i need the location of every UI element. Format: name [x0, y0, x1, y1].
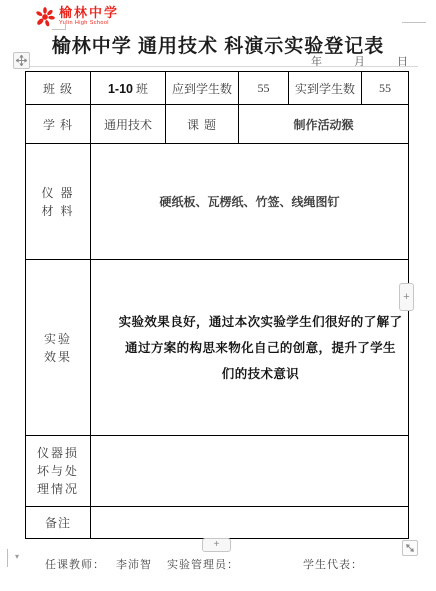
school-flower-icon — [34, 6, 56, 28]
table-row: 实验 效果 实验效果良好，通过本次实验学生们很好的了解了 通过方案的构思来物化自… — [26, 260, 409, 436]
insert-row-plus-handle[interactable]: + — [202, 538, 231, 552]
damage-value-cell[interactable] — [91, 436, 409, 507]
crop-mark-topleft-v — [65, 21, 66, 30]
class-label-cell: 班 级 — [26, 72, 91, 105]
school-logo: 榆林中学 Yulin High School — [34, 6, 119, 28]
actual-count-label-cell: 实到学生数 — [289, 72, 362, 105]
expected-count-value-cell[interactable]: 55 — [239, 72, 289, 105]
table-row: 备注 — [26, 507, 409, 539]
school-name-cn: 榆林中学 — [59, 6, 119, 19]
effect-label-line: 效果 — [26, 348, 90, 366]
remarks-label-cell: 备注 — [26, 507, 91, 539]
document-page: 榆林中学 Yulin High School 榆林中学 通用技术 科演示实验登记… — [0, 0, 436, 591]
date-underline — [28, 66, 418, 67]
materials-label-cell: 仪 器 材 料 — [26, 144, 91, 260]
topic-label-cell: 课 题 — [166, 105, 239, 144]
materials-label-line: 仪 器 — [26, 184, 90, 202]
effect-text-line: 实验效果良好，通过本次实验学生们很好的了解了 — [113, 309, 408, 335]
signature-line: 任课教师： 李沛智 实验管理员： 学生代表： — [0, 556, 436, 572]
registration-table: 班 级 1-10 班 应到学生数 55 实到学生数 55 学 科 通用技术 课 … — [25, 71, 409, 539]
subject-value-cell[interactable]: 通用技术 — [91, 105, 166, 144]
table-row: 仪 器 材 料 硬纸板、瓦楞纸、竹签、线绳图钉 — [26, 144, 409, 260]
effect-text-line: 们的技术意识 — [113, 361, 408, 387]
subject-label-cell: 学 科 — [26, 105, 91, 144]
damage-label-line: 仪器损 — [26, 444, 90, 462]
table-row: 班 级 1-10 班 应到学生数 55 实到学生数 55 — [26, 72, 409, 105]
expected-count-label-cell: 应到学生数 — [166, 72, 239, 105]
materials-label-line: 材 料 — [26, 202, 90, 220]
effect-value-cell[interactable]: 实验效果良好，通过本次实验学生们很好的了解了 通过方案的构思来物化自己的创意，提… — [91, 260, 409, 436]
insert-column-plus-handle[interactable]: + — [399, 283, 414, 311]
effect-label-cell: 实验 效果 — [26, 260, 91, 436]
crop-mark-topright-h — [402, 22, 426, 23]
table-row: 仪器损 坏与处 理情况 — [26, 436, 409, 507]
diagonal-resize-icon — [405, 543, 415, 553]
damage-label-cell: 仪器损 坏与处 理情况 — [26, 436, 91, 507]
table-row: 学 科 通用技术 课 题 制作活动猴 — [26, 105, 409, 144]
teacher-name: 李沛智 — [116, 556, 152, 572]
remarks-value-cell[interactable] — [91, 507, 409, 539]
move-cross-icon — [16, 55, 27, 66]
teacher-label: 任课教师： — [45, 556, 105, 572]
damage-label-line: 坏与处 — [26, 462, 90, 480]
student-label[interactable]: 学生代表： — [303, 556, 363, 572]
table-resize-handle[interactable] — [402, 540, 418, 556]
effect-label-line: 实验 — [26, 330, 90, 348]
class-number: 1-10 — [108, 82, 133, 96]
admin-label[interactable]: 实验管理员： — [167, 556, 239, 572]
effect-text-line: 通过方案的构思来物化自己的创意，提升了学生 — [113, 335, 408, 361]
actual-count-value-cell[interactable]: 55 — [362, 72, 409, 105]
crop-mark-topleft-h — [52, 29, 66, 30]
materials-value-cell[interactable]: 硬纸板、瓦楞纸、竹签、线绳图钉 — [91, 144, 409, 260]
class-value-cell[interactable]: 1-10 班 — [91, 72, 166, 105]
school-name-en: Yulin High School — [59, 21, 119, 27]
table-move-handle[interactable] — [13, 52, 30, 69]
damage-label-line: 理情况 — [26, 480, 90, 498]
class-unit: 班 — [133, 82, 148, 96]
topic-value-cell[interactable]: 制作活动猴 — [239, 105, 409, 144]
